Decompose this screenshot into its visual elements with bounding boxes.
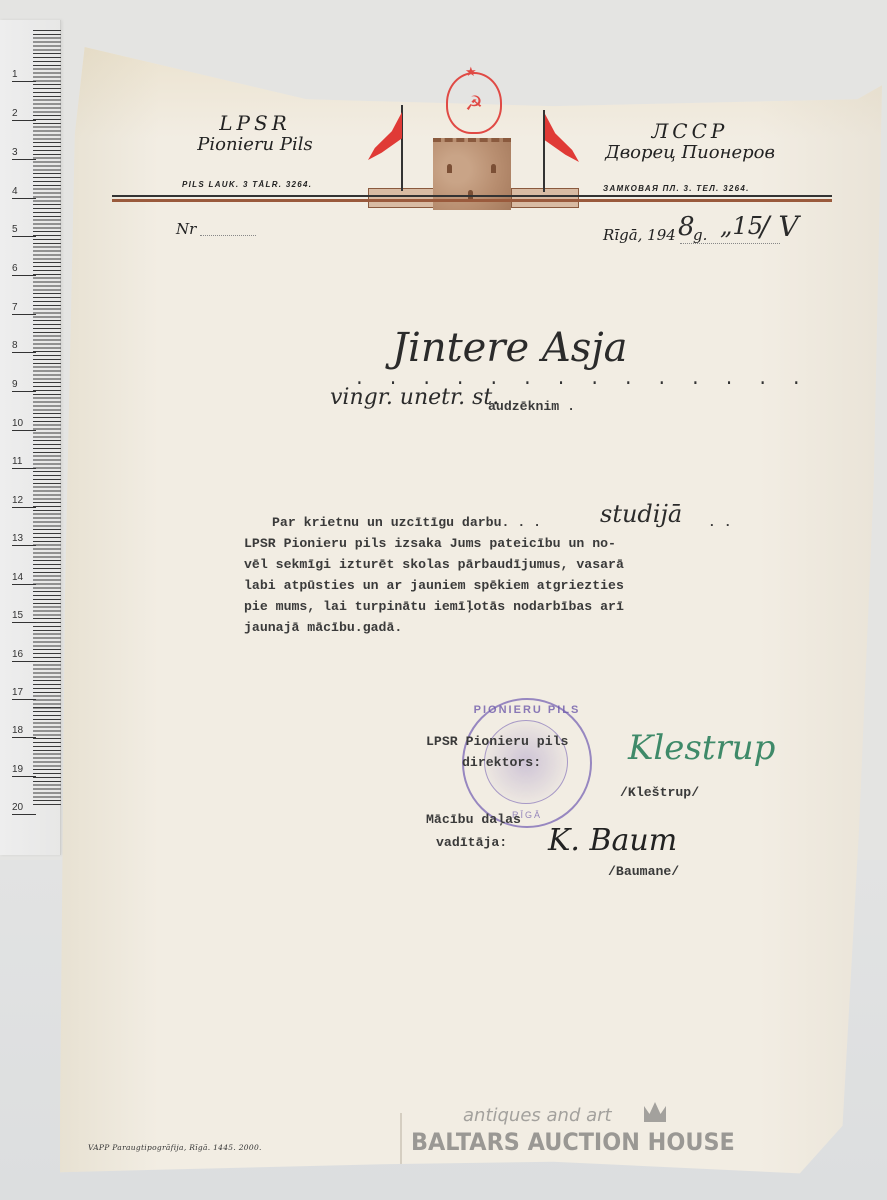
letterhead-rule-dark [112,195,832,197]
ruler-mark: 3 [12,147,36,160]
hammer-sickle-icon: ☭ [465,91,483,116]
ruler-mark: 9 [12,379,36,392]
letterhead-left-subtitle: Pionieru Pils [165,134,345,156]
ruler-mark: 16 [12,649,36,662]
department-title-line1: Mācību daļas [426,810,521,831]
ruler-mark: 18 [12,725,36,738]
body-line: vēl sekmīgi izturēt skolas pārbaudījumus… [244,555,624,576]
castle-wall-right [511,188,579,208]
body-line: jaunajā mācību.gadā. [244,618,402,639]
body-line: LPSR Pionieru pils izsaka Jums pateicību… [244,534,616,555]
ruler-mark: 11 [12,456,36,469]
department-signature: K. Baum [548,823,677,858]
ruler-ticks [33,30,61,805]
watermark-brand: BALTARS AUCTION HOUSE [411,1128,735,1156]
body-handwritten-studio: studijā [600,500,682,528]
letterhead-left-address: PILS LAUK. 3 TĀLR. 3264. [182,180,312,189]
ruler-mark: 15 [12,610,36,623]
ruler-mark: 6 [12,263,36,276]
director-signature: Klestrup [628,728,775,768]
ruler-mark: 13 [12,533,36,546]
ruler-mark: 20 [12,802,36,815]
letterhead-right-subtitle: Дворец Пионеров [590,142,790,164]
place-date-label: Rīgā, 194 [603,226,676,244]
ruler-mark: 17 [12,687,36,700]
ruler-mark: 14 [12,572,36,585]
letterhead-left-title: LPSR [165,112,345,134]
ruler-mark: 12 [12,495,36,508]
ruler-mark: 2 [12,108,36,121]
recipient-typed-suffix: audzēknim . [488,397,575,418]
letterhead-latvian: LPSR Pionieru Pils [165,112,345,156]
date-blank-line [680,243,780,244]
watermark-tagline: antiques and art [463,1105,612,1126]
letterhead-russian: ЛССР Дворец Пионеров [590,120,790,164]
handwritten-day: „15 [720,212,763,240]
stamp-outer-text: PIONIERU PILS [464,704,590,716]
director-title-line1: LPSR Pionieru pils [426,732,568,753]
ruler-mark: 19 [12,764,36,777]
tower-window [491,164,496,173]
measuring-ruler: 1 2 3 4 5 6 7 8 9 10 11 12 13 14 15 16 1… [0,20,61,855]
flagpole-right [543,110,545,192]
ruler-mark: 10 [12,418,36,431]
ruler-mark: 1 [12,69,36,82]
letterhead-right-address: ЗАМКОВАЯ ПЛ. 3. ТЕЛ. 3264. [603,184,750,193]
recipient-name-handwritten: Jintere Asja [392,325,628,371]
reference-number-label: Nr [176,220,196,238]
letterhead-rule-brown [112,199,832,202]
body-line: pie mums, lai turpinātu iemīļotās nodarb… [244,597,624,618]
body-line: labi atpūsties un ar jauniem spēkiem atg… [244,576,624,597]
printer-imprint: VAPP Paraugtipogrāfija, Rīgā. 1445. 2000… [88,1143,262,1152]
year-suffix-label: g. [693,226,707,244]
star-icon: ★ [465,64,477,80]
ruler-mark: 4 [12,186,36,199]
director-name: /Kleštrup/ [620,783,699,804]
ruler-mark: 5 [12,224,36,237]
coat-of-arms-icon: ☭ [446,72,502,134]
handwritten-month: / V [760,210,799,243]
ruler-mark: 7 [12,302,36,315]
body-line-1: Par krietnu un uzcītīgu darbu. . . [272,513,541,534]
body-line-1-suffix: . . [700,513,732,534]
castle-wall-left [368,188,435,208]
director-title-line2: direktors: [462,753,541,774]
tower-window [447,164,452,173]
department-title-line2: vadītāja: [436,833,507,854]
department-name: /Baumane/ [608,862,679,883]
reference-number-blank [200,235,256,236]
ruler-mark: 8 [12,340,36,353]
letterhead-right-title: ЛССР [590,120,790,142]
studio-handwritten: vingr. unetr. st. [330,385,499,410]
